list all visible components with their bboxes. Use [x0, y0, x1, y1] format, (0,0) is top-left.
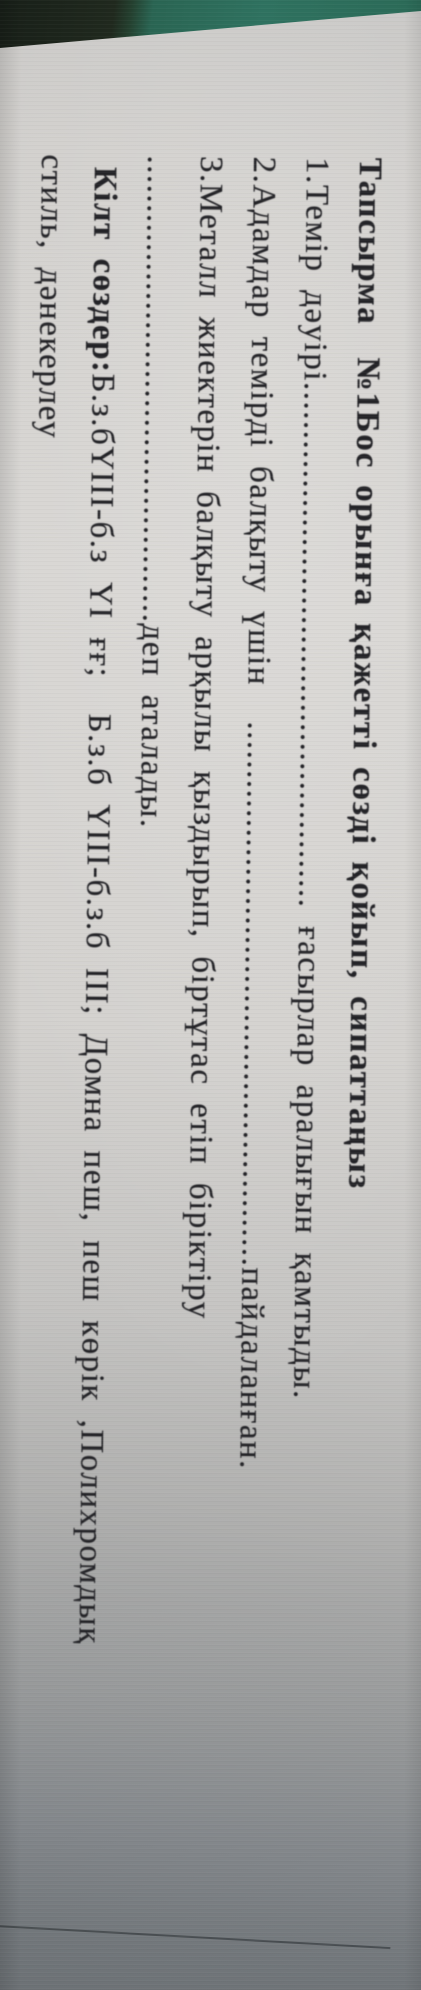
document-text: Тапсырма №1Бос орынға қажетті сөзді қойы… [6, 154, 396, 1938]
keywords-values: Б.з.бҮІІІ-б.з ҮІ ғғ; Б.з.б ҮІІІ-б.з.б ІІ… [71, 373, 120, 1645]
worksheet-paper: Тапсырма №1Бос орынға қажетті сөзді қойы… [0, 0, 421, 1990]
keywords-label: Кілт сөздер: [85, 167, 123, 374]
photo-frame: Тапсырма №1Бос орынға қажетті сөзді қойы… [0, 0, 421, 1990]
